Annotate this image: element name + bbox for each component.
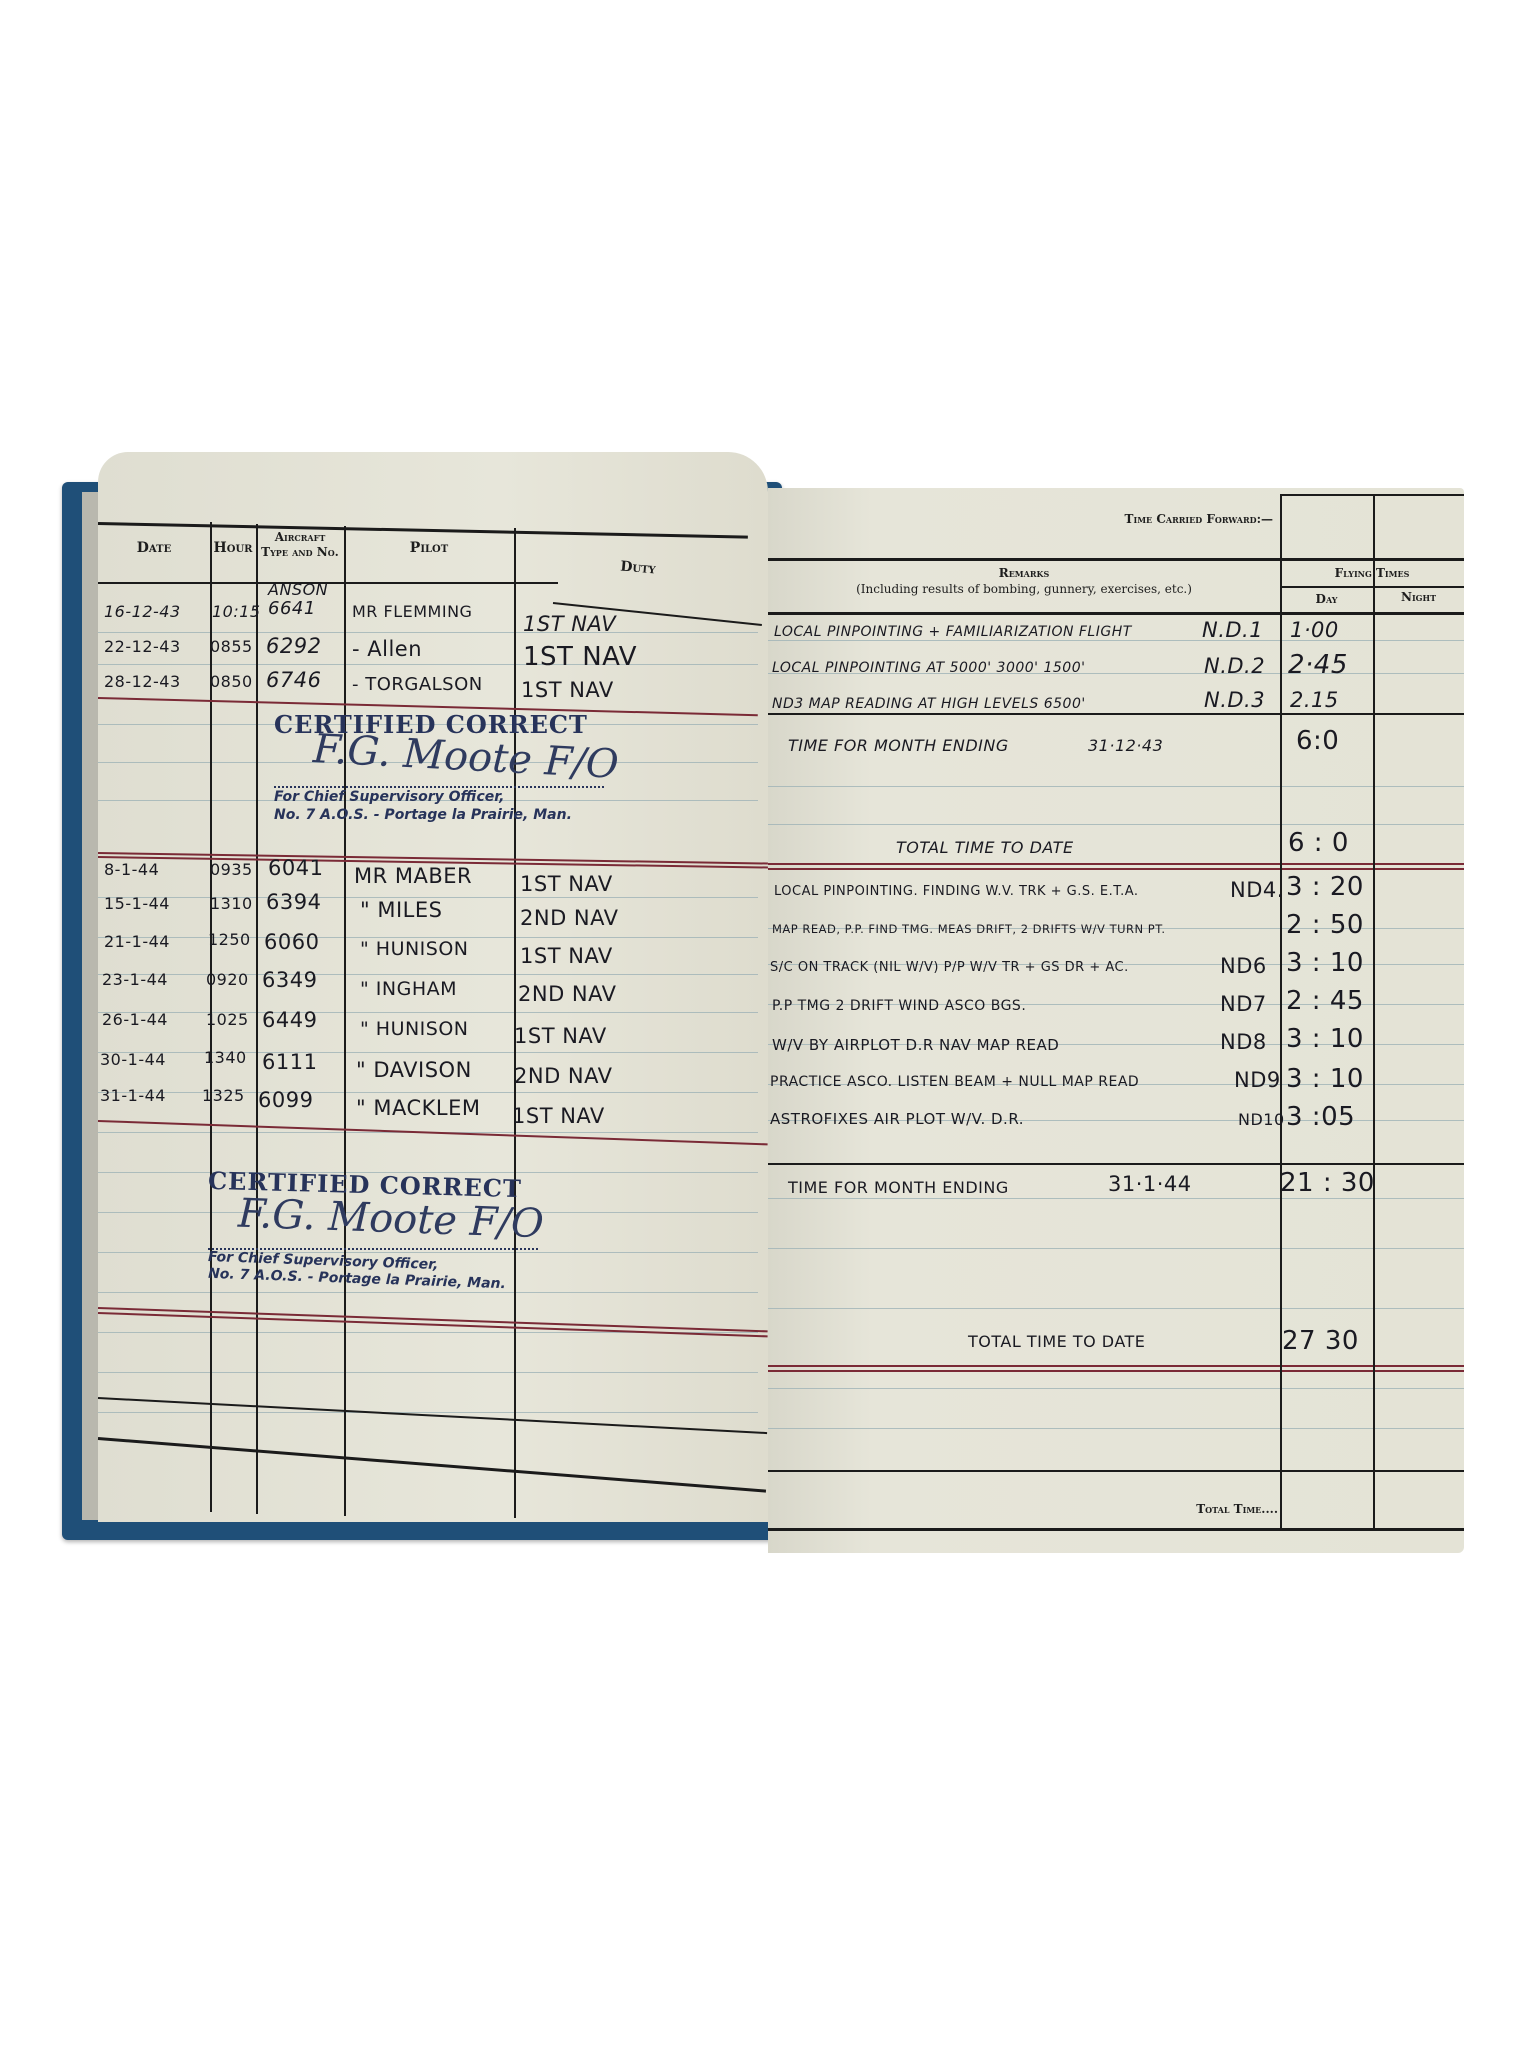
total-to-date-day: 27 30 <box>1282 1326 1359 1356</box>
day-time: 2.15 <box>1290 688 1339 712</box>
remarks-text: S/C on Track (Nil W/V) P/P W/V Tr + GS D… <box>770 960 1129 975</box>
total-to-date-label: Total Time To Date <box>968 1332 1145 1351</box>
row-hour: 1025 <box>206 1010 249 1029</box>
row-duty: 1st Nav <box>520 872 613 896</box>
exercise-code: ND4. <box>1230 878 1284 902</box>
row-duty: 1st Nav <box>520 944 613 968</box>
row-pilot: Mr Maber <box>354 864 472 888</box>
row-duty: 2nd Nav <box>518 982 617 1006</box>
row-hour: 1340 <box>204 1048 247 1067</box>
row-aircraft: 6641 <box>268 598 316 619</box>
month-total-label: Time for Month Ending <box>788 736 1009 755</box>
total-to-date-label: Total Time To Date <box>896 838 1074 857</box>
day-time: 3 : 20 <box>1286 872 1364 902</box>
remarks-text: Practice ASCO. Listen Beam + Null Map Re… <box>770 1074 1139 1090</box>
row-date: 21-1-44 <box>104 932 170 951</box>
time-carried-forward-label: Time Carried Forward:— <box>968 512 1273 526</box>
day-time: 3 : 10 <box>1286 948 1364 978</box>
left-page: Date Hour Aircraft Type and No. Pilot Du… <box>98 452 768 1522</box>
day-time: 2 : 50 <box>1286 910 1364 940</box>
row-date: 22-12-43 <box>104 637 181 656</box>
row-pilot: " Davison <box>356 1058 472 1082</box>
exercise-code: ND6 <box>1220 954 1267 978</box>
row-hour: 1310 <box>210 894 253 913</box>
aircraft-type: ANSON <box>268 580 328 599</box>
exercise-code: ND8 <box>1220 1030 1267 1054</box>
row-date: 8-1-44 <box>104 860 159 879</box>
row-duty: 1st Nav <box>514 1024 607 1048</box>
stamp-line1: For Chief Supervisory Officer, <box>274 788 504 806</box>
month-total-date: 31·1·44 <box>1108 1172 1192 1196</box>
month-total-label: Time for Month Ending <box>788 1178 1009 1197</box>
remarks-text: Map Read, P.P. Find TMG. Meas Drift, 2 D… <box>772 922 1166 936</box>
header-aircraft: Aircraft Type and No. <box>256 530 344 560</box>
row-pilot: - Torgalson <box>352 674 483 695</box>
row-aircraft: 6394 <box>266 890 321 914</box>
month-total-date: 31·12·43 <box>1088 736 1163 755</box>
row-pilot: " Ingham <box>360 978 457 1000</box>
row-duty: 2nd Nav <box>514 1064 613 1088</box>
row-duty: 1st Nav <box>521 678 614 702</box>
row-hour: 0855 <box>210 637 253 656</box>
row-hour: 1250 <box>208 930 251 949</box>
row-pilot: - Allen <box>352 637 422 661</box>
night-header: Night <box>1373 590 1464 604</box>
row-hour: 0850 <box>210 672 253 691</box>
day-time: 2·45 <box>1288 650 1348 680</box>
remarks-text: Local Pinpointing at 5000' 3000' 1500' <box>772 660 1085 676</box>
day-time: 2 : 45 <box>1286 986 1364 1016</box>
day-time: 3 :05 <box>1286 1102 1355 1132</box>
row-pilot: " Hunison <box>360 1018 469 1040</box>
exercise-code: ND10 <box>1238 1110 1285 1129</box>
row-aircraft: 6746 <box>266 668 321 692</box>
row-date: 16-12-43 <box>104 602 181 621</box>
row-date: 28-12-43 <box>104 672 181 691</box>
exercise-code: ND7 <box>1220 992 1267 1016</box>
header-aircraft-line2: Type and No. <box>256 545 344 560</box>
exercise-code: N.D.1 <box>1202 618 1263 642</box>
row-hour: 0935 <box>210 860 253 879</box>
remarks-text: Local PinPointing. Finding W.V. Trk + G.… <box>774 884 1139 899</box>
row-date: 31-1-44 <box>100 1086 166 1105</box>
row-duty: 1st Nav <box>523 642 637 672</box>
header-pilot: Pilot <box>344 540 514 556</box>
exercise-code: N.D.3 <box>1204 688 1265 712</box>
header-hour: Hour <box>210 540 256 556</box>
row-aircraft: 6449 <box>262 1008 317 1032</box>
stamp-line2: No. 7 A.O.S. - Portage la Prairie, Man. <box>274 806 572 824</box>
exercise-code: ND9 <box>1234 1068 1281 1092</box>
remarks-text: ND3 Map Reading at High Levels 6500' <box>772 696 1086 712</box>
row-hour: 0920 <box>206 970 249 989</box>
month-total-day: 6:0 <box>1296 726 1339 756</box>
right-page: Time Carried Forward:— Remarks (Includin… <box>768 488 1464 1553</box>
remarks-text: P.P TMG 2 Drift Wind ASCO Bgs. <box>772 998 1026 1014</box>
month-total-day: 21 : 30 <box>1280 1168 1375 1198</box>
row-aircraft: 6041 <box>268 856 323 880</box>
row-date: 30-1-44 <box>100 1050 166 1069</box>
header-duty: Duty <box>538 551 739 584</box>
remarks-subheader: (Including results of bombing, gunnery, … <box>768 582 1280 596</box>
row-aircraft: 6349 <box>262 968 317 992</box>
row-duty: 1st Nav <box>523 612 616 636</box>
day-time: 3 : 10 <box>1286 1064 1364 1094</box>
row-date: 23-1-44 <box>102 970 168 989</box>
row-aircraft: 6060 <box>264 930 319 954</box>
remarks-text: AstroFixes Air Plot W/V. D.R. <box>770 1110 1024 1128</box>
day-header: Day <box>1280 592 1373 606</box>
row-pilot: Mr Flemming <box>352 602 472 621</box>
remarks-header: Remarks <box>768 566 1280 580</box>
row-hour: 1325 <box>202 1086 245 1105</box>
header-aircraft-line1: Aircraft <box>256 530 344 545</box>
row-aircraft: 6111 <box>262 1050 317 1074</box>
row-date: 15-1-44 <box>104 894 170 913</box>
row-pilot: " Hunison <box>360 938 469 960</box>
total-to-date-day: 6 : 0 <box>1288 828 1349 858</box>
row-duty: 2nd Nav <box>520 906 619 930</box>
total-time-footer: Total Time.... <box>1068 1502 1278 1516</box>
signature: F.G. Moote F/O <box>237 1191 544 1248</box>
row-pilot: " Miles <box>360 898 442 922</box>
remarks-text: W/V by Airplot D.R Nav Map Read <box>772 1036 1059 1054</box>
day-time: 1·00 <box>1290 618 1339 642</box>
day-time: 3 : 10 <box>1286 1024 1364 1054</box>
row-pilot: " Macklem <box>356 1096 480 1120</box>
row-duty: 1st Nav <box>512 1104 605 1128</box>
header-date: Date <box>98 540 210 556</box>
flying-times-header: Flying Times <box>1280 566 1464 580</box>
row-aircraft: 6292 <box>266 634 321 658</box>
stamp-line2: No. 7 A.O.S. - Portage la Prairie, Man. <box>208 1265 506 1293</box>
remarks-text: Local Pinpointing + Familiarization Flig… <box>774 624 1132 640</box>
row-aircraft: 6099 <box>258 1088 313 1112</box>
row-hour: 10:15 <box>212 602 261 621</box>
row-date: 26-1-44 <box>102 1010 168 1029</box>
exercise-code: N.D.2 <box>1204 654 1265 678</box>
